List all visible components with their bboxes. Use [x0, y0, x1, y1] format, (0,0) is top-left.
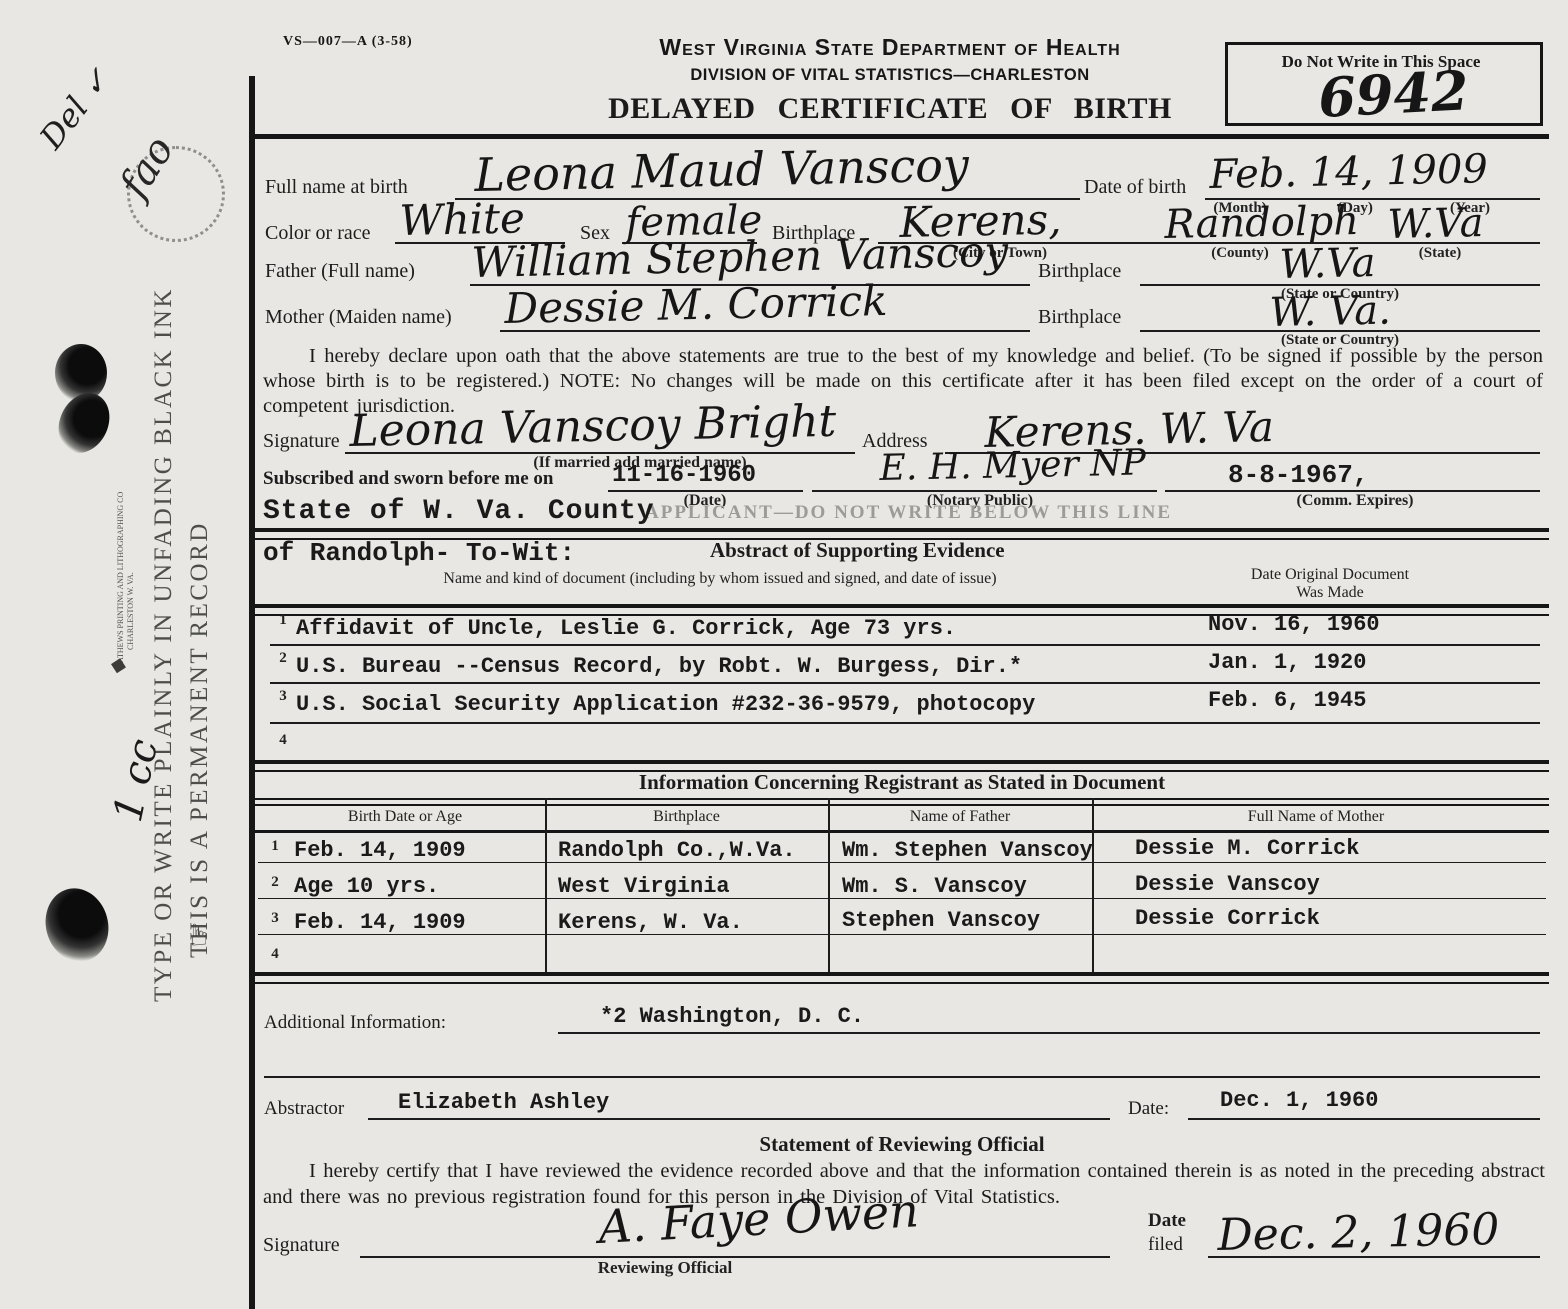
father-value: William Stephen Vanscoy [471, 227, 1009, 287]
state-county-value: State of W. Va. County [263, 496, 655, 527]
birthplace-state-sublabel: (State) [1390, 245, 1490, 262]
registrant-row-num: 4 [268, 946, 282, 963]
registrant-cell: Randolph Co.,W.Va. [558, 838, 796, 863]
evidence-row-line [270, 722, 1540, 724]
review-signature-label: Signature [263, 1234, 340, 1257]
evidence-title: Abstract of Supporting Evidence [710, 538, 1005, 563]
ink-blot [49, 385, 119, 461]
registrant-header-c1: Birth Date or Age [265, 808, 545, 826]
mother-value: Dessie M. Corrick [504, 276, 888, 333]
abstract-date-label: Date: [1128, 1098, 1169, 1120]
registrant-title-rule [255, 798, 1549, 806]
evidence-row-doc: U.S. Bureau --Census Record, by Robt. W.… [296, 654, 1022, 679]
margin-code-c473: C 473 [0, 644, 2, 796]
registrant-header-c4: Full Name of Mother [1092, 808, 1540, 826]
margin-instruction-permanent: THIS IS A PERMANENT RECORD [186, 378, 214, 958]
evidence-row-num: 3 [276, 688, 290, 705]
evidence-col2-header-line2: Was Made [1210, 584, 1450, 602]
registrant-cell: Dessie M. Corrick [1135, 836, 1359, 861]
abstractor-value: Elizabeth Ashley [398, 1090, 609, 1115]
registrant-cell: Wm. S. Vanscoy [842, 874, 1027, 899]
registrant-table-title: Information Concerning Registrant as Sta… [255, 770, 1549, 795]
evidence-row-doc: Affidavit of Uncle, Leslie G. Corrick, A… [296, 616, 956, 641]
mother-label: Mother (Maiden name) [265, 306, 452, 329]
header-department: West Virginia State Department of Health [590, 34, 1190, 61]
printers-union-bug-icon: ◆ [109, 651, 129, 679]
registrant-row-line [258, 898, 1546, 899]
comm-expires-sublabel: (Comm. Expires) [1210, 492, 1500, 510]
father-birthplace-value: W.Va [1279, 240, 1376, 288]
signature-label: Signature [263, 430, 340, 453]
date-filed-label-date: Date [1148, 1210, 1186, 1232]
abstractor-line [368, 1118, 1110, 1120]
registrant-cell: Wm. Stephen Vanscoy [842, 838, 1093, 863]
blank-line [264, 1076, 1540, 1078]
mother-birthplace-label: Birthplace [1038, 306, 1121, 329]
registrant-row-num: 2 [268, 874, 282, 891]
registrant-row-line [258, 934, 1546, 935]
registrant-header-c3: Name of Father [828, 808, 1092, 826]
registrant-cell: Feb. 14, 1909 [294, 910, 466, 935]
evidence-row-num: 1 [276, 612, 290, 629]
notary-value: E. H. Myer NP [879, 442, 1146, 489]
evidence-row-date: Nov. 16, 1960 [1208, 612, 1380, 637]
form-number: VS—007—A (3-58) [283, 34, 413, 50]
race-label: Color or race [265, 222, 371, 245]
date-filed-label-filed: filed [1148, 1234, 1183, 1256]
registrant-cell: Feb. 14, 1909 [294, 838, 466, 863]
full-name-label: Full name at birth [265, 176, 408, 199]
registrant-cell: Kerens, W. Va. [558, 910, 743, 935]
evidence-row-num: 2 [276, 650, 290, 667]
sworn-date-value: 11-16-1960 [612, 462, 756, 489]
additional-info-label: Additional Information: [264, 1012, 446, 1034]
registrant-row-num: 1 [268, 838, 282, 855]
father-label: Father (Full name) [265, 260, 415, 283]
registrant-cell: West Virginia [558, 874, 730, 899]
of-county-value: of Randolph- To-Wit: [263, 538, 575, 568]
registrant-cell: Age 10 yrs. [294, 874, 439, 899]
registrant-header-c2: Birthplace [545, 808, 828, 826]
evidence-row-date: Jan. 1, 1920 [1208, 650, 1366, 675]
registrant-cell: Dessie Vanscoy [1135, 872, 1320, 897]
header-title: DELAYED CERTIFICATE OF BIRTH [590, 92, 1190, 126]
evidence-row-line [270, 682, 1540, 684]
sworn-label: Subscribed and sworn before me on [263, 468, 553, 490]
signature-value: Leona Vanscoy Bright [349, 396, 837, 457]
margin-instruction-ink: TYPE OR WRITE PLAINLY IN UNFADING BLACK … [150, 272, 178, 1002]
evidence-row-date: Feb. 6, 1945 [1208, 688, 1366, 713]
margin-del-note: Del ✓ [32, 60, 118, 156]
registrant-col-divider [828, 798, 830, 976]
evidence-row-doc: U.S. Social Security Application #232-36… [296, 692, 1035, 717]
registrant-header-rule [255, 830, 1549, 833]
date-of-birth-value: Feb. 14, 1909 [1209, 146, 1488, 198]
date-of-birth-label: Date of birth [1084, 176, 1186, 199]
registrant-cell: Stephen Vanscoy [842, 908, 1040, 933]
evidence-col2-header-line1: Date Original Document [1210, 566, 1450, 584]
evidence-row-num: 4 [276, 732, 290, 749]
evidence-row-line [270, 644, 1540, 646]
registrant-row-line [258, 862, 1546, 863]
registrant-row-num: 3 [268, 910, 282, 927]
review-title: Statement of Reviewing Official [255, 1132, 1549, 1157]
registrant-bottom-rule [255, 972, 1549, 984]
registrant-col-divider [1092, 798, 1094, 976]
header-division: DIVISION OF VITAL STATISTICS—CHARLESTON [590, 66, 1190, 85]
form-left-border [249, 76, 255, 1309]
full-name-value: Leona Maud Vanscoy [474, 138, 969, 202]
ink-blot [37, 881, 116, 969]
delayed-birth-certificate-scan: Del ✓ fao TYPE OR WRITE PLAINLY IN UNFAD… [0, 0, 1568, 1309]
registrant-col-divider [545, 798, 547, 976]
comm-expires-value: 8-8-1967, [1228, 460, 1368, 490]
do-not-write-below-line: APPLICANT—DO NOT WRITE BELOW THIS LINE [645, 502, 1172, 524]
review-signature-sublabel: Reviewing Official [540, 1258, 790, 1278]
father-birthplace-label: Birthplace [1038, 260, 1121, 283]
registrant-cell: Dessie Corrick [1135, 906, 1320, 931]
abstract-date-value: Dec. 1, 1960 [1220, 1088, 1378, 1113]
certificate-number: 6942 [1317, 58, 1470, 130]
mother-birthplace-value: W. Va. [1269, 287, 1391, 336]
printer-mark-line2: CHARLESTON W. VA. [126, 560, 135, 650]
evidence-col1-header: Name and kind of document (including by … [380, 570, 1060, 588]
date-filed-value: Dec. 2, 1960 [1217, 1204, 1500, 1261]
additional-info-line [558, 1032, 1540, 1034]
abstract-date-line [1188, 1118, 1540, 1120]
birthplace-state-value: W.Va [1387, 200, 1484, 248]
additional-info-value: *2 Washington, D. C. [600, 1004, 864, 1029]
pointing-hand-icon: ☞ [182, 898, 217, 948]
abstractor-label: Abstractor [264, 1098, 344, 1120]
